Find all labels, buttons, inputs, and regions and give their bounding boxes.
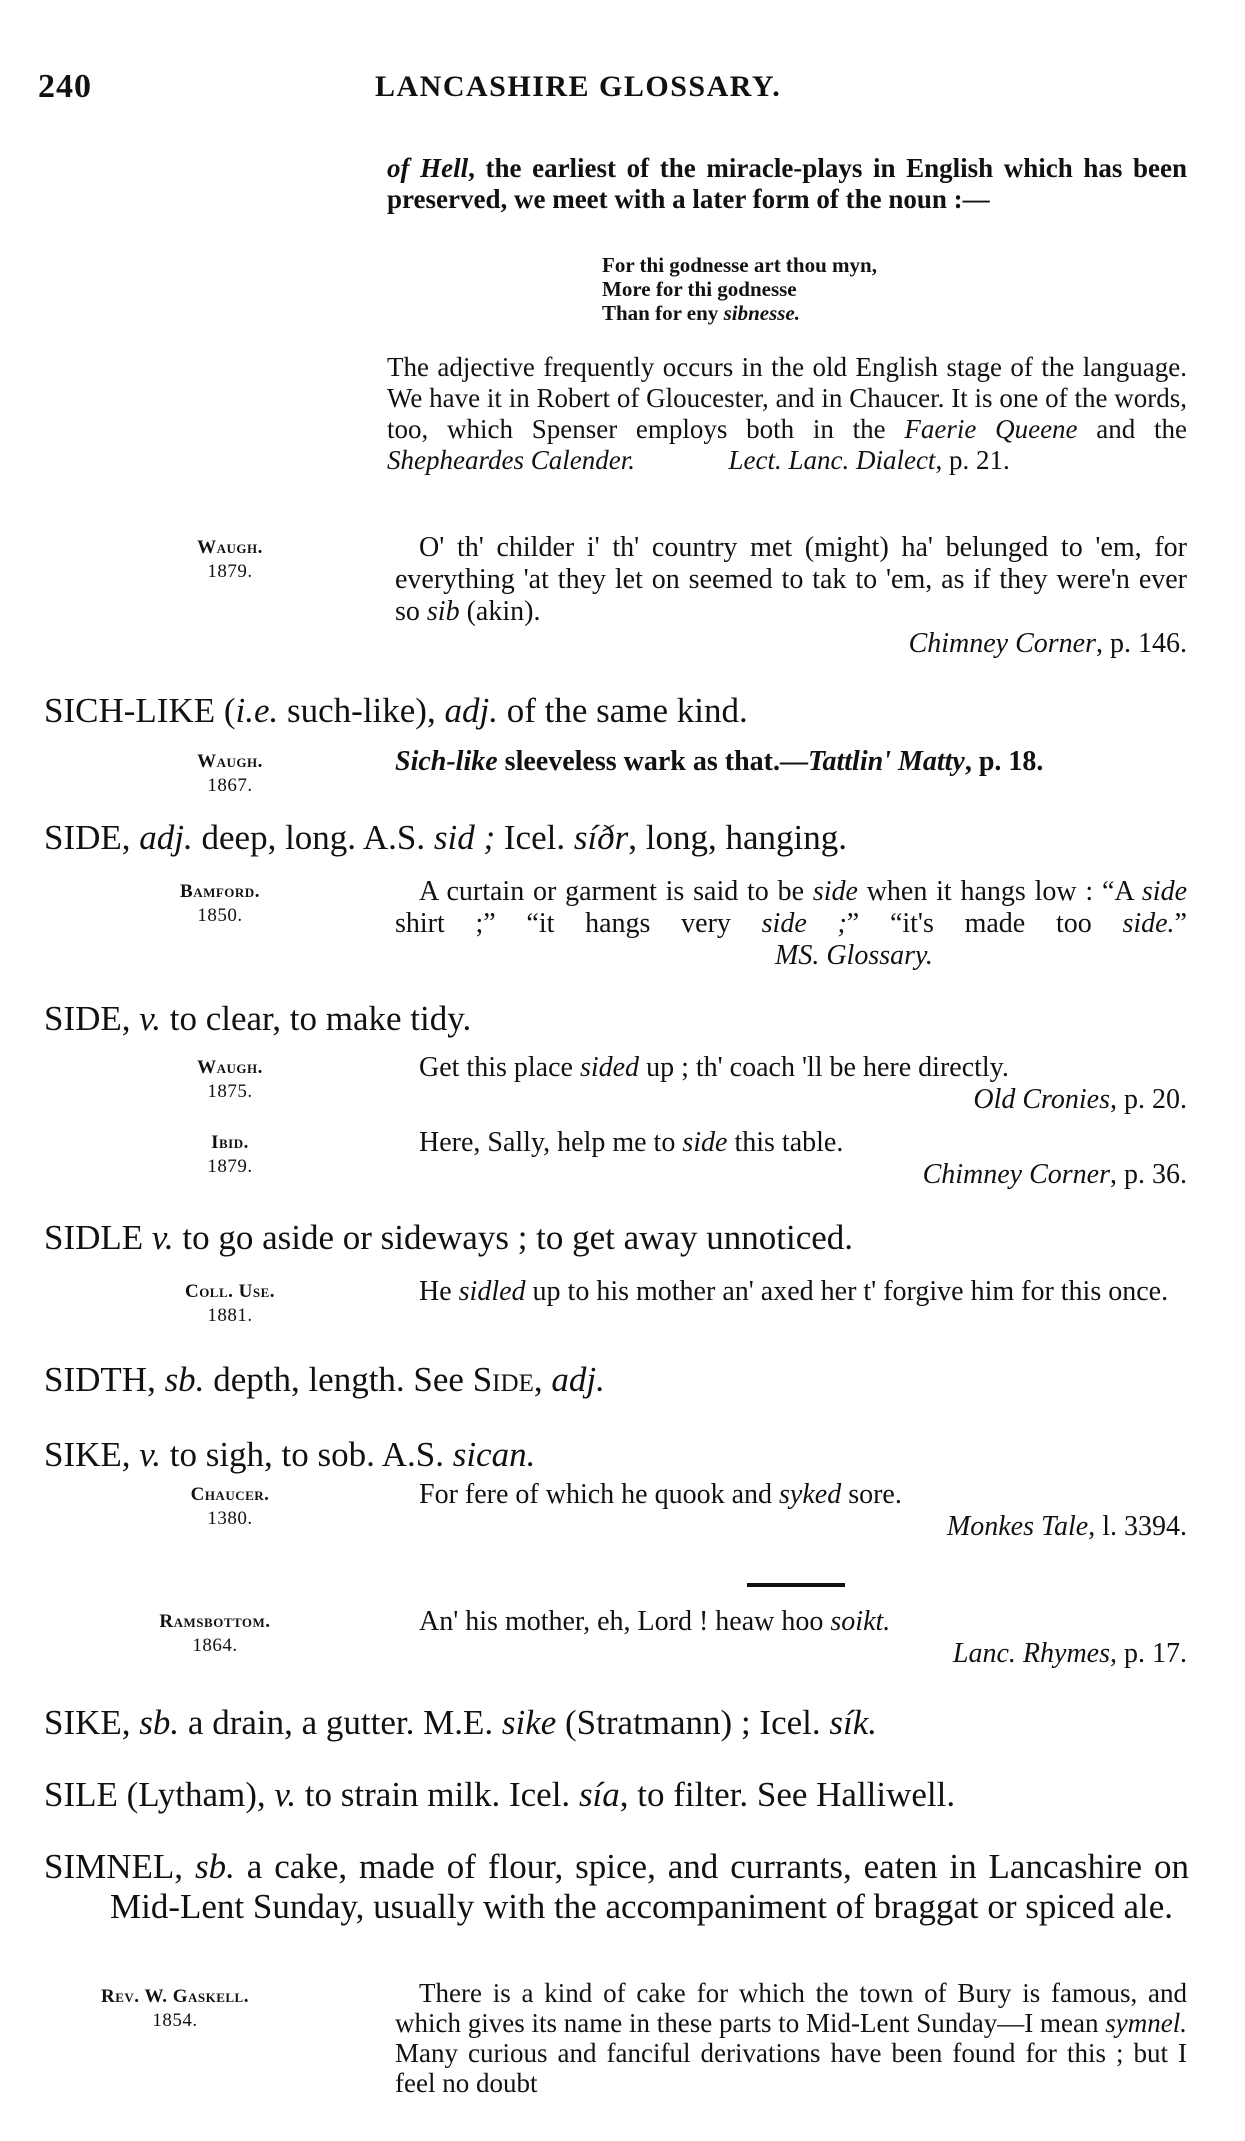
citation: Chimney Corner, p. 146. — [395, 628, 1187, 660]
author-attribution: Waugh. 1875. — [135, 1056, 325, 1104]
entry-headword-side-v: SIDE, v. to clear, to make tidy. — [44, 999, 1189, 1039]
quotation: There is a kind of cake for which the to… — [395, 1978, 1187, 2098]
continuation-paragraph: of Hell, the earliest of the miracle-pla… — [387, 153, 1187, 215]
quotation: Here, Sally, help me to side this table.… — [395, 1127, 1187, 1191]
author-attribution: Ramsbottom. 1864. — [120, 1610, 310, 1658]
cross-reference: Side — [473, 1360, 534, 1399]
author-attribution: Waugh. 1867. — [135, 750, 325, 798]
author-attribution: Bamford. 1850. — [125, 880, 315, 928]
entry-headword-sile: SILE (Lytham), v. to strain milk. Icel. … — [44, 1775, 1189, 1815]
author-attribution: Chaucer. 1380. — [135, 1483, 325, 1531]
entry-headword-sike-sb: SIKE, sb. a drain, a gutter. M.E. sike (… — [44, 1703, 1189, 1743]
citation: Monkes Tale, l. 3394. — [395, 1511, 1187, 1543]
quotation: An' his mother, eh, Lord ! heaw hoo soik… — [395, 1606, 1187, 1670]
quotation: A curtain or garment is said to be side … — [395, 876, 1187, 972]
running-head: LANCASHIRE GLOSSARY. — [375, 70, 781, 104]
entry-headword-simnel: SIMNEL, sb. a cake, made of flour, spice… — [44, 1847, 1189, 1927]
page-number: 240 — [38, 68, 92, 106]
verse-quotation: For thi godnesse art thou myn, More for … — [602, 253, 877, 325]
citation: Chimney Corner, p. 36. — [395, 1159, 1187, 1191]
author-attribution: Waugh. 1879. — [135, 536, 325, 584]
verse-line: Than for eny sibnesse. — [602, 301, 877, 325]
quotation: O' th' childer i' th' country met (might… — [395, 532, 1187, 660]
entry-headword-side-adj: SIDE, adj. deep, long. A.S. sid ; Icel. … — [44, 818, 1189, 858]
author-attribution: Coll. Use. 1881. — [135, 1280, 325, 1328]
entry-headword-sidle: SIDLE v. to go aside or sideways ; to ge… — [44, 1218, 1189, 1258]
quotation: Get this place sided up ; th' coach 'll … — [395, 1052, 1187, 1116]
italic-title: of Hell — [387, 153, 468, 183]
section-divider-rule — [747, 1583, 845, 1587]
adjective-paragraph: The adjective frequently occurs in the o… — [387, 352, 1187, 476]
citation: Lect. Lanc. Dialect — [728, 445, 935, 475]
citation: Old Cronies, p. 20. — [395, 1084, 1187, 1116]
quotation: He sidled up to his mother an' axed her … — [395, 1276, 1187, 1308]
citation: Lanc. Rhymes, p. 17. — [395, 1638, 1187, 1670]
verse-line: More for thi godnesse — [602, 277, 877, 301]
entry-headword-sich-like: SICH-LIKE (i.e. such-like), adj. of the … — [44, 691, 1189, 731]
quotation: For fere of which he quook and syked sor… — [395, 1479, 1187, 1543]
entry-headword-sike-v: SIKE, v. to sigh, to sob. A.S. sican. — [44, 1435, 1189, 1475]
author-attribution: Rev. W. Gaskell. 1854. — [40, 1985, 310, 2033]
entry-headword-sidth: SIDTH, sb. depth, length. See Side, adj. — [44, 1360, 1189, 1400]
citation: MS. Glossary. — [775, 940, 933, 971]
author-attribution: Ibid. 1879. — [135, 1131, 325, 1179]
quotation: Sich-like sleeveless wark as that.—Tattl… — [395, 746, 1187, 778]
verse-line: For thi godnesse art thou myn, — [602, 253, 877, 277]
